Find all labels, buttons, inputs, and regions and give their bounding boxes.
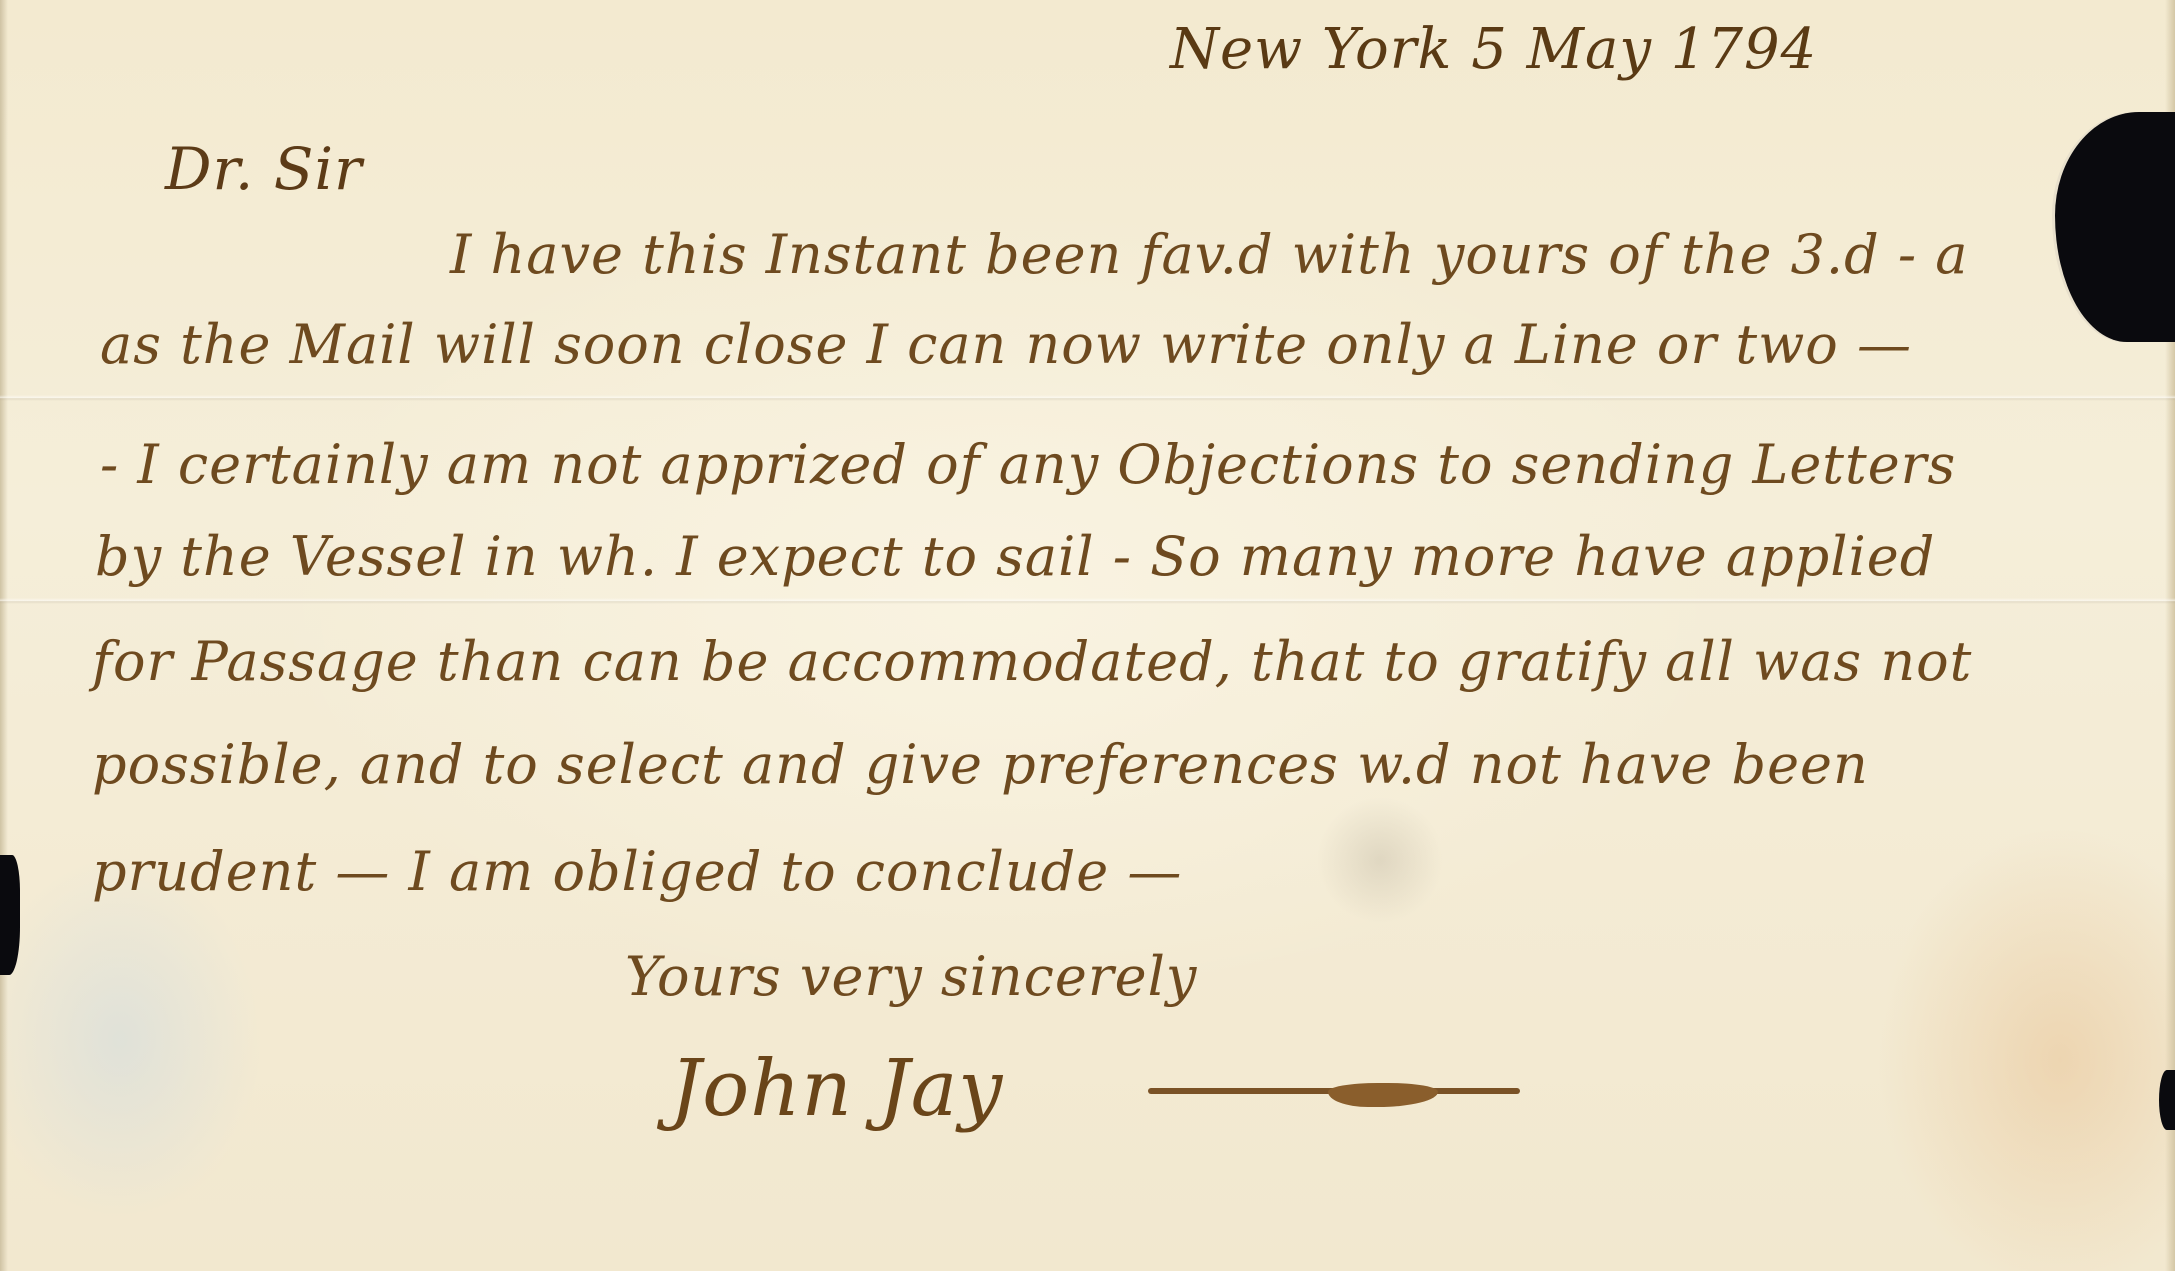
signature: John Jay <box>670 1050 1003 1128</box>
torn-hole-left <box>0 855 20 975</box>
body-line-7: prudent — I am obliged to conclude — <box>92 845 1182 899</box>
body-line-4: by the Vessel in wh. I expect to sail - … <box>95 530 1935 584</box>
fold-crease <box>0 598 2175 604</box>
fold-crease <box>0 395 2175 401</box>
closing: Yours very sincerely <box>625 950 1197 1004</box>
salutation: Dr. Sir <box>165 140 363 198</box>
letter-page: New York 5 May 1794 Dr. Sir I have this … <box>0 0 2175 1271</box>
paper-left-edge <box>0 0 8 1271</box>
body-line-1: I have this Instant been fav.d with your… <box>450 228 1968 282</box>
torn-hole-right-bottom <box>2159 1070 2175 1130</box>
body-line-3: - I certainly am not apprized of any Obj… <box>100 438 1956 492</box>
body-line-2: as the Mail will soon close I can now wr… <box>100 318 1912 372</box>
torn-hole-top-right <box>2055 112 2175 342</box>
body-line-6: possible, and to select and give prefere… <box>92 738 1869 792</box>
body-line-5: for Passage than can be accommodated, th… <box>92 635 1972 689</box>
ink-blot <box>1328 1083 1438 1107</box>
dateline: New York 5 May 1794 <box>1170 22 1817 78</box>
